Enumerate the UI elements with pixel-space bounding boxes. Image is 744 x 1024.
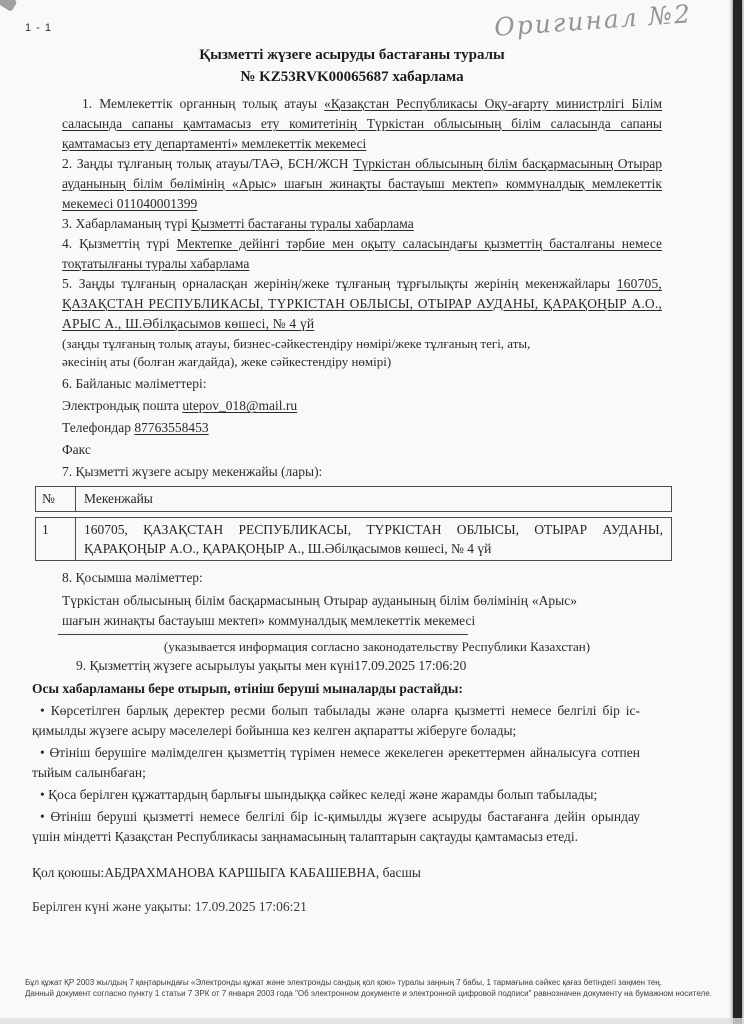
document-body: 1. Мемлекеттік органның толық атауы «Қаз… <box>32 94 672 917</box>
document-page: 1 - 1 Оригинал №2 Қызметті жүзеге асыруд… <box>0 0 744 1024</box>
confirmation-bullet-3-text: Қоса берілген құжаттардың барлығы шындық… <box>48 787 597 802</box>
paragraph-8-value: Түркістан облысының білім басқармасының … <box>62 591 577 631</box>
document-title-line1: Қызметті жүзеге асыруды бастағаны туралы <box>32 44 672 66</box>
paragraph-3-value: Қызметті бастағаны туралы хабарлама <box>191 216 413 231</box>
phone-value: 87763558453 <box>134 420 208 435</box>
paragraph-5-address: 5. Заңды тұлғаның орналасқан жерінің/жек… <box>62 274 662 334</box>
paragraph-1-label: 1. Мемлекеттік органның толық атауы <box>82 96 324 111</box>
document-number-line: № KZ53RVK00065687 хабарлама <box>32 66 672 88</box>
confirmation-bullet-1-text: Көрсетілген барлық деректер ресми болып … <box>32 703 640 738</box>
issued-value: 17.09.2025 17:06:21 <box>195 899 307 914</box>
fax-line: Факс <box>62 439 672 461</box>
paragraph-5-footnote: (заңды тұлғаның толық атауы, бизнес-сәйк… <box>62 335 562 371</box>
paragraph-4-label: 4. Қызметтің түрі <box>62 236 177 251</box>
address-table-row-number: 1 <box>36 518 76 560</box>
confirmation-bullet-2-text: Өтініш берушіге мәлімделген қызметтің тү… <box>32 745 640 780</box>
issued-datetime-line: Берілген күні және уақыты: 17.09.2025 17… <box>32 897 672 917</box>
paragraph-1-state-body: 1. Мемлекеттік органның толық атауы «Қаз… <box>62 94 662 154</box>
paragraph-9-label: 9. Қызметтің жүзеге асырылуы уақыты мен … <box>76 658 354 673</box>
bullet-icon: • <box>40 745 45 760</box>
phone-line: Телефондар 87763558453 <box>62 417 672 439</box>
legal-footer: Бұл құжат ҚР 2003 жылдың 7 қаңтарындағы … <box>25 977 715 999</box>
confirmation-bullet-1: • Көрсетілген барлық деректер ресми болы… <box>32 701 640 741</box>
legal-footer-line-ru: Данный документ согласно пункту 1 статьи… <box>25 988 715 999</box>
paragraph-4-service-type: 4. Қызметтің түрі Мектепке дейінгі тәрби… <box>62 234 662 274</box>
paragraph-2-legal-entity: 2. Заңды тұлғаның толық атауы/ТАӘ, БСН/Ж… <box>62 154 662 214</box>
issued-label: Берілген күні және уақыты: <box>32 899 195 914</box>
address-table: № Мекенжайы 1 160705, ҚАЗАҚСТАН РЕСПУБЛИ… <box>35 486 672 561</box>
bullet-icon: • <box>40 787 45 802</box>
bullet-icon: • <box>40 703 45 718</box>
paragraph-8-underline-rule <box>58 634 538 635</box>
address-table-header-address: Мекенжайы <box>76 487 671 511</box>
confirmation-bullet-4: • Өтініш беруші қызметті немесе белгілі … <box>32 807 640 847</box>
confirmation-bullet-2: • Өтініш берушіге мәлімделген қызметтің … <box>32 743 640 783</box>
confirmation-bullet-4-text: Өтініш беруші қызметті немесе белгілі бі… <box>32 809 640 844</box>
legal-footer-line-kk: Бұл құжат ҚР 2003 жылдың 7 қаңтарындағы … <box>25 977 715 988</box>
paragraph-5-label: 5. Заңды тұлғаның орналасқан жерінің/жек… <box>62 276 617 291</box>
scan-artifact-bottom-strip <box>0 1018 744 1024</box>
scan-artifact-right-band <box>733 0 742 1024</box>
horizontal-rule <box>58 634 468 635</box>
email-value: utepov_018@mail.ru <box>182 398 297 413</box>
document-title: Қызметті жүзеге асыруды бастағаны туралы… <box>32 44 672 88</box>
email-label: Электрондық пошта <box>62 398 182 413</box>
paragraph-3-notification-type: 3. Хабарламаның түрі Қызметті бастағаны … <box>62 214 662 234</box>
paragraph-6-contacts-label: 6. Байланыс мәліметтері: <box>62 373 672 395</box>
paragraph-9-datetime: 9. Қызметтің жүзеге асырылуы уақыты мен … <box>62 656 662 676</box>
scan-artifact-corner <box>0 0 18 12</box>
paragraph-7-label: 7. Қызметті жүзеге асыру мекенжайы (лары… <box>62 461 672 483</box>
signer-line: Қол қоюшы:АБДРАХМАНОВА КАРШЫГА КАБАШЕВНА… <box>32 863 672 883</box>
confirmation-bullet-3: • Қоса берілген құжаттардың барлығы шынд… <box>32 785 640 805</box>
address-table-row: 1 160705, ҚАЗАҚСТАН РЕСПУБЛИКАСЫ, ТҮРКІС… <box>35 517 672 561</box>
paragraph-8-footnote: (указывается информация согласно законод… <box>77 637 677 656</box>
email-line: Электрондық пошта utepov_018@mail.ru <box>62 395 672 417</box>
confirmation-heading: Осы хабарламаны бере отырып, өтініш беру… <box>32 679 672 699</box>
handwritten-note: Оригинал №2 <box>493 0 693 42</box>
address-table-row-address: 160705, ҚАЗАҚСТАН РЕСПУБЛИКАСЫ, ТҮРКІСТА… <box>76 518 671 560</box>
phone-label: Телефондар <box>62 420 134 435</box>
address-table-header-number: № <box>36 487 76 511</box>
signer-label: Қол қоюшы: <box>32 865 104 880</box>
paragraph-9-value: 17.09.2025 17:06:20 <box>354 658 466 673</box>
paragraph-3-label: 3. Хабарламаның түрі <box>62 216 191 231</box>
bullet-icon: • <box>40 809 45 824</box>
address-table-header-row: № Мекенжайы <box>35 486 672 512</box>
paragraph-2-label: 2. Заңды тұлғаның толық атауы/ТАӘ, БСН/Ж… <box>62 156 353 171</box>
paragraph-8-label: 8. Қосымша мәліметтер: <box>62 567 672 589</box>
page-number-marker: 1 - 1 <box>25 22 52 34</box>
signer-name: АБДРАХМАНОВА КАРШЫГА КАБАШЕВНА, басшы <box>104 865 421 880</box>
